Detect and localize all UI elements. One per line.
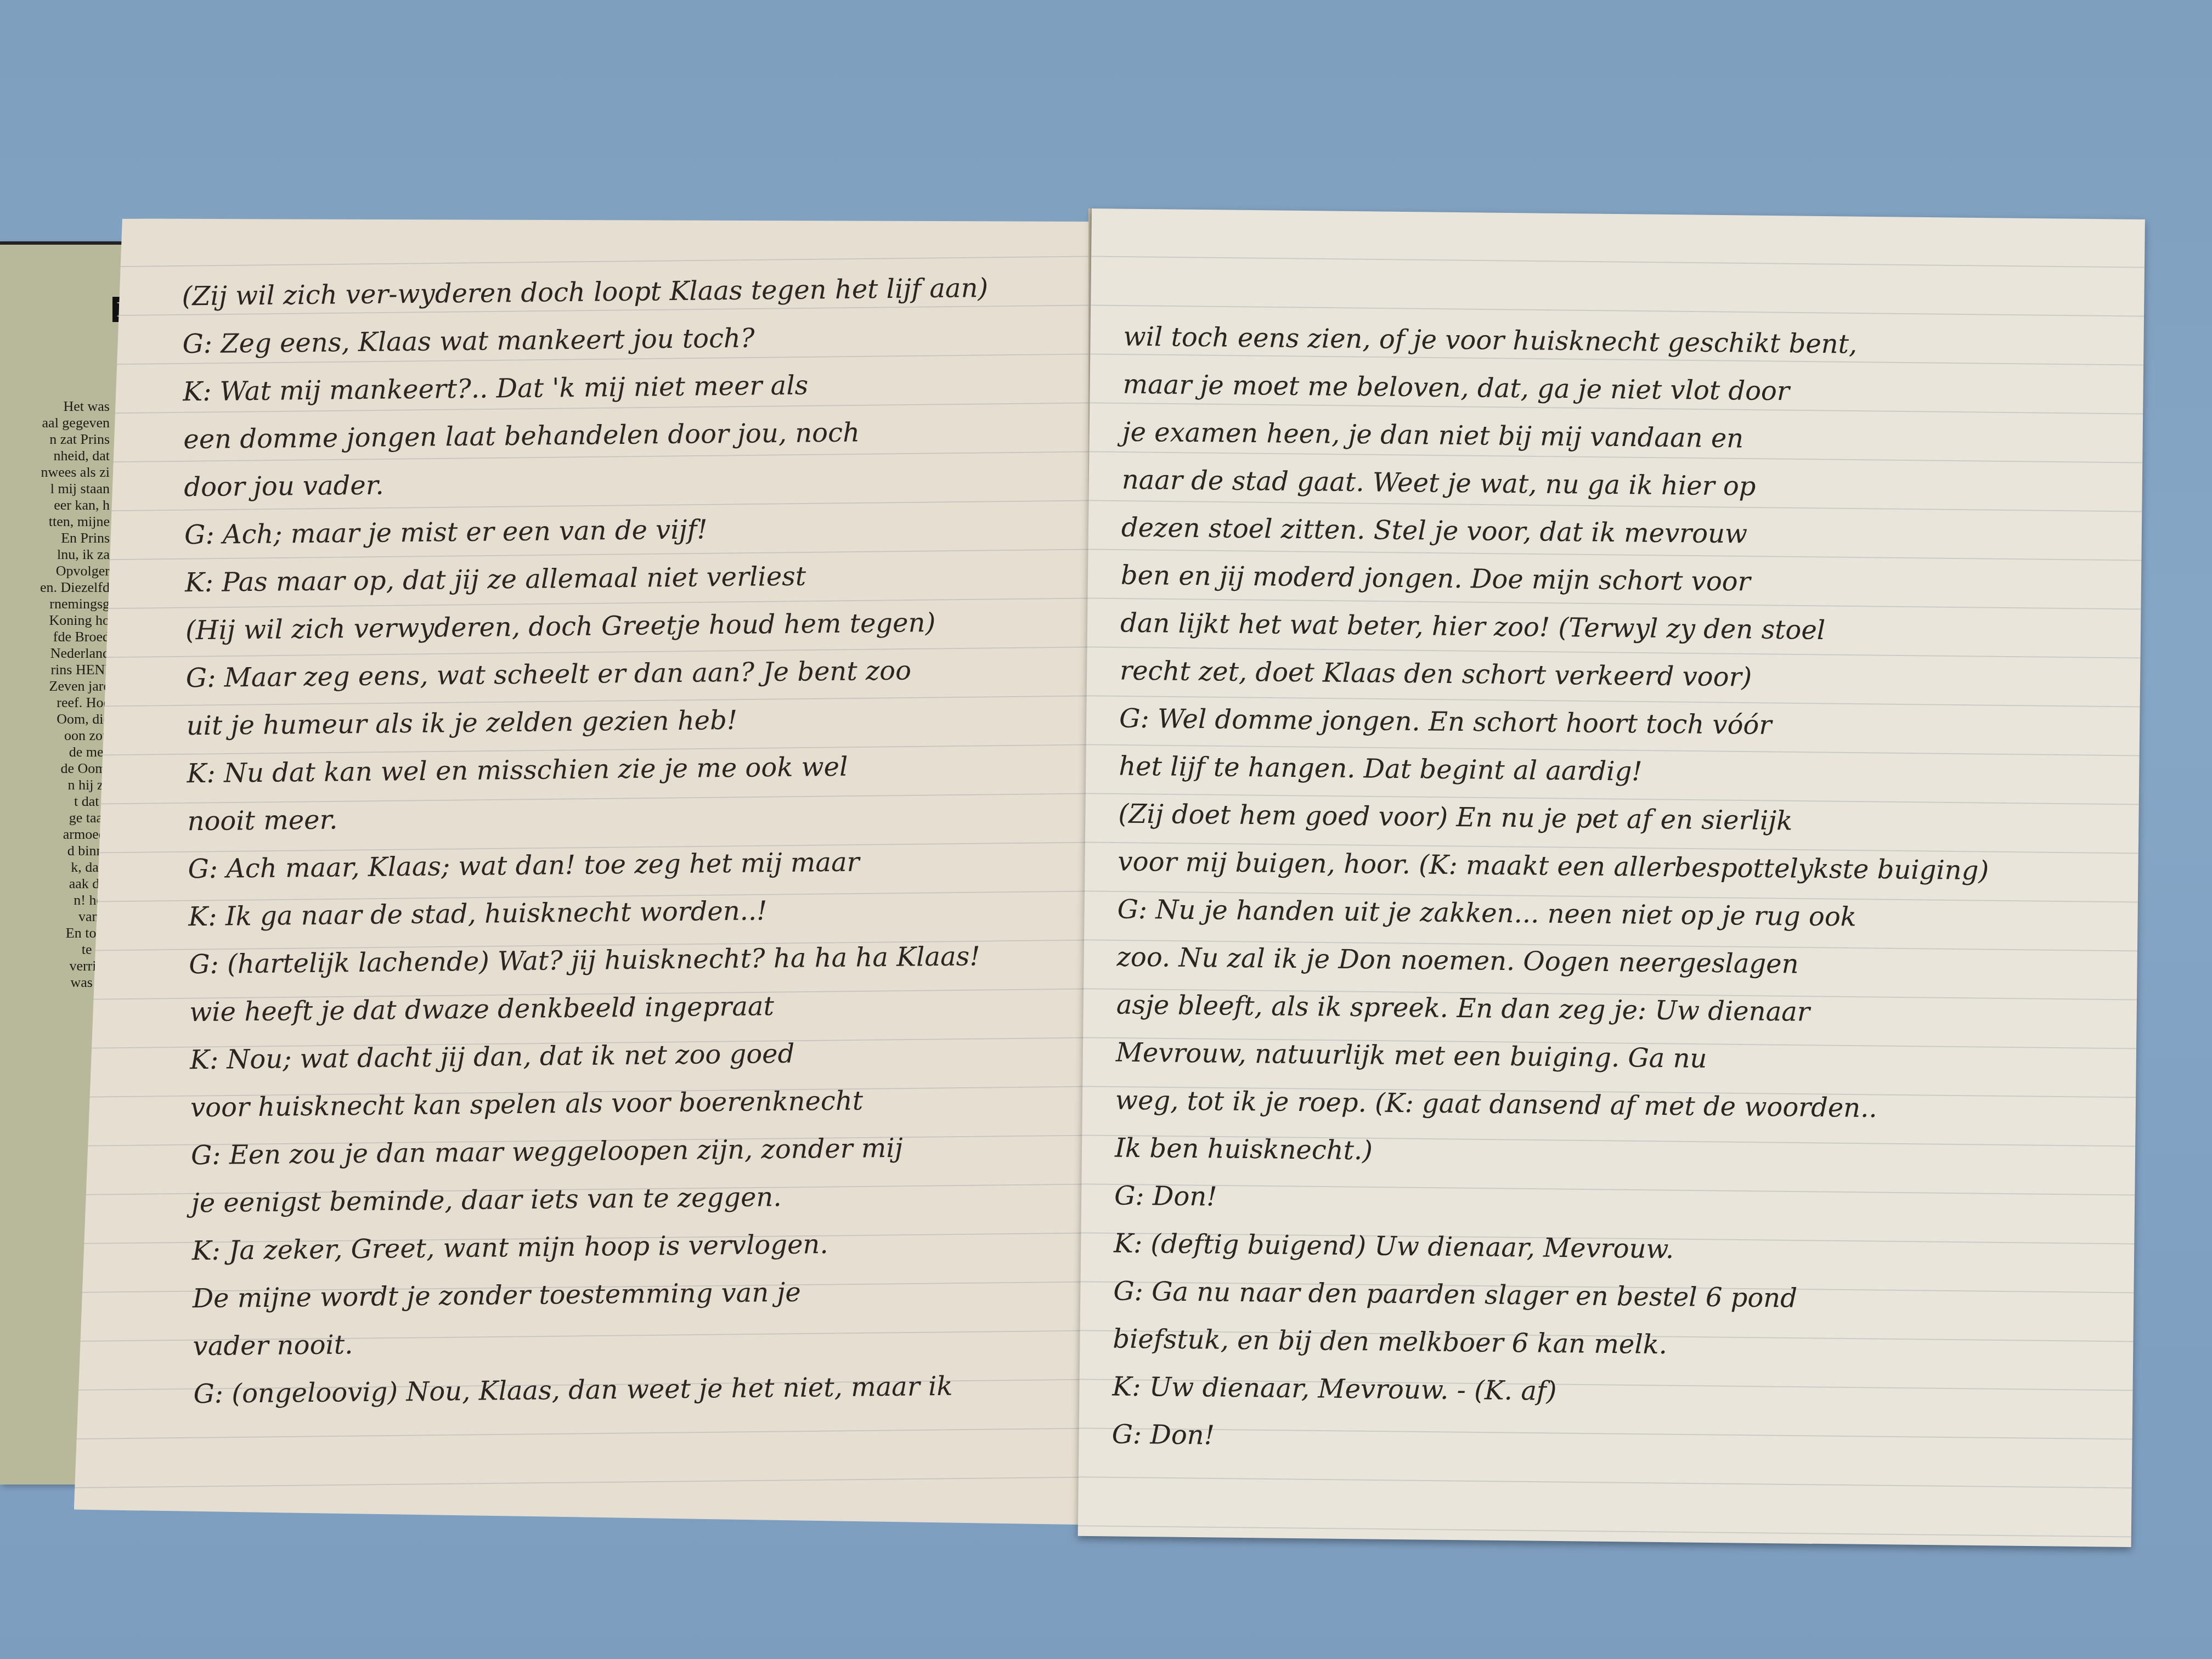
- text-line: K: Nu dat kan wel en misschien zie je me…: [187, 742, 993, 798]
- text-line: vader nooit.: [193, 1314, 999, 1370]
- text-line: G: (hartelijk lachende) Wat? jij huiskne…: [189, 933, 995, 989]
- text-line: nooit meer.: [187, 789, 994, 845]
- text-line: G: Maar zeg eens, wat scheelt er dan aan…: [185, 646, 992, 702]
- text-line: G: Een zou je dan maar weggeloopen zijn,…: [191, 1124, 997, 1180]
- text-line: G: Don!: [1111, 1411, 1983, 1468]
- text-line: Mevrouw, natuurlijk met een buiging. Ga …: [1115, 1029, 1987, 1086]
- text-line: dezen stoel zitten. Stel je voor, dat ik…: [1121, 504, 1992, 561]
- text-line: G: Ach maar, Klaas; wat dan! toe zeg het…: [188, 837, 994, 893]
- text-line: K: Nou; wat dacht jij dan, dat ik net zo…: [190, 1028, 996, 1084]
- text-line: K: Uw dienaar, Mevrouw. - (K. af): [1112, 1363, 1983, 1420]
- text-line: G: Don!: [1114, 1172, 1985, 1229]
- text-line: zoo. Nu zal ik je Don noemen. Oogen neer…: [1116, 934, 1988, 991]
- right-page-handwriting: wil toch eens zien, of je voor huisknech…: [1111, 313, 1994, 1468]
- text-line: je eenigst beminde, daar iets van te zeg…: [191, 1171, 997, 1227]
- text-line: voor mij buigen, hoor. (K: maakt een all…: [1118, 838, 1989, 895]
- text-line: (Hij wil zich verwyderen, doch Greetje h…: [185, 599, 992, 654]
- text-line: G: Wel domme jongen. En schort hoort toc…: [1119, 695, 1990, 752]
- text-line: G: Nu je handen uit je zakken... neen ni…: [1117, 886, 1988, 943]
- text-line: voor huisknecht kan spelen als voor boer…: [190, 1076, 997, 1132]
- text-line: K: Ja zeker, Greet, want mijn hoop is ve…: [191, 1219, 998, 1275]
- text-line: ben en jij moderd jongen. Doe mijn schor…: [1121, 552, 1992, 609]
- text-line: wie heeft je dat dwaze denkbeeld ingepra…: [189, 980, 996, 1036]
- text-line: wil toch eens zien, of je voor huisknech…: [1123, 313, 1994, 370]
- text-line: het lijf te hangen. Dat begint al aardig…: [1119, 743, 1990, 800]
- text-line: biefstuk, en bij den melkboer 6 kan melk…: [1113, 1316, 1984, 1373]
- text-line: asje bleeft, als ik spreek. En dan zeg j…: [1116, 981, 1987, 1039]
- text-line: een domme jongen laat behandelen door jo…: [183, 408, 990, 464]
- text-line: De mijne wordt je zonder toestemming van…: [192, 1267, 998, 1323]
- text-line: K: (deftig buigend) Uw dienaar, Mevrouw.: [1114, 1220, 1985, 1277]
- left-page-handwriting: (Zij wil zich ver-wyderen doch loopt Kla…: [182, 264, 1000, 1418]
- text-line: maar je moet me beloven, dat, ga je niet…: [1122, 361, 1994, 418]
- text-line: Ik ben huisknecht.): [1115, 1125, 1986, 1182]
- text-line: dan lijkt het wat beter, hier zoo! (Terw…: [1120, 600, 1991, 657]
- text-line: K: Wat mij mankeert?.. Dat 'k mij niet m…: [183, 360, 989, 416]
- text-line: recht zet, doet Klaas den schort verkeer…: [1120, 647, 1991, 704]
- left-page: (Zij wil zich ver-wyderen doch loopt Kla…: [60, 208, 1105, 1536]
- text-line: K: Ik ga naar de stad, huisknecht worden…: [188, 885, 995, 941]
- text-line: (Zij wil zich ver-wyderen doch loopt Kla…: [182, 264, 988, 320]
- text-line: je examen heen, je dan niet bij mij vand…: [1122, 409, 1993, 466]
- open-notebook: (Zij wil zich ver-wyderen doch loopt Kla…: [60, 208, 2162, 1536]
- text-line: G: Ach; maar je mist er een van de vijf!: [184, 503, 991, 559]
- text-line: K: Pas maar op, dat jij ze allemaal niet…: [185, 551, 991, 607]
- right-page: wil toch eens zien, of je voor huisknech…: [1078, 208, 2145, 1547]
- text-line: G: Ga nu naar den paarden slager en best…: [1113, 1268, 1984, 1325]
- text-line: weg, tot ik je roep. (K: gaat dansend af…: [1115, 1077, 1987, 1134]
- text-line: uit je humeur als ik je zelden gezien he…: [186, 694, 992, 750]
- text-line: (Zij doet hem goed voor) En nu je pet af…: [1118, 791, 1989, 848]
- text-line: door jou vader.: [184, 455, 990, 511]
- text-line: naar de stad gaat. Weet je wat, nu ga ik…: [1121, 456, 1993, 513]
- text-line: G: (ongeloovig) Nou, Klaas, dan weet je …: [193, 1362, 1000, 1418]
- text-line: G: Zeg eens, Klaas wat mankeert jou toch…: [182, 312, 989, 368]
